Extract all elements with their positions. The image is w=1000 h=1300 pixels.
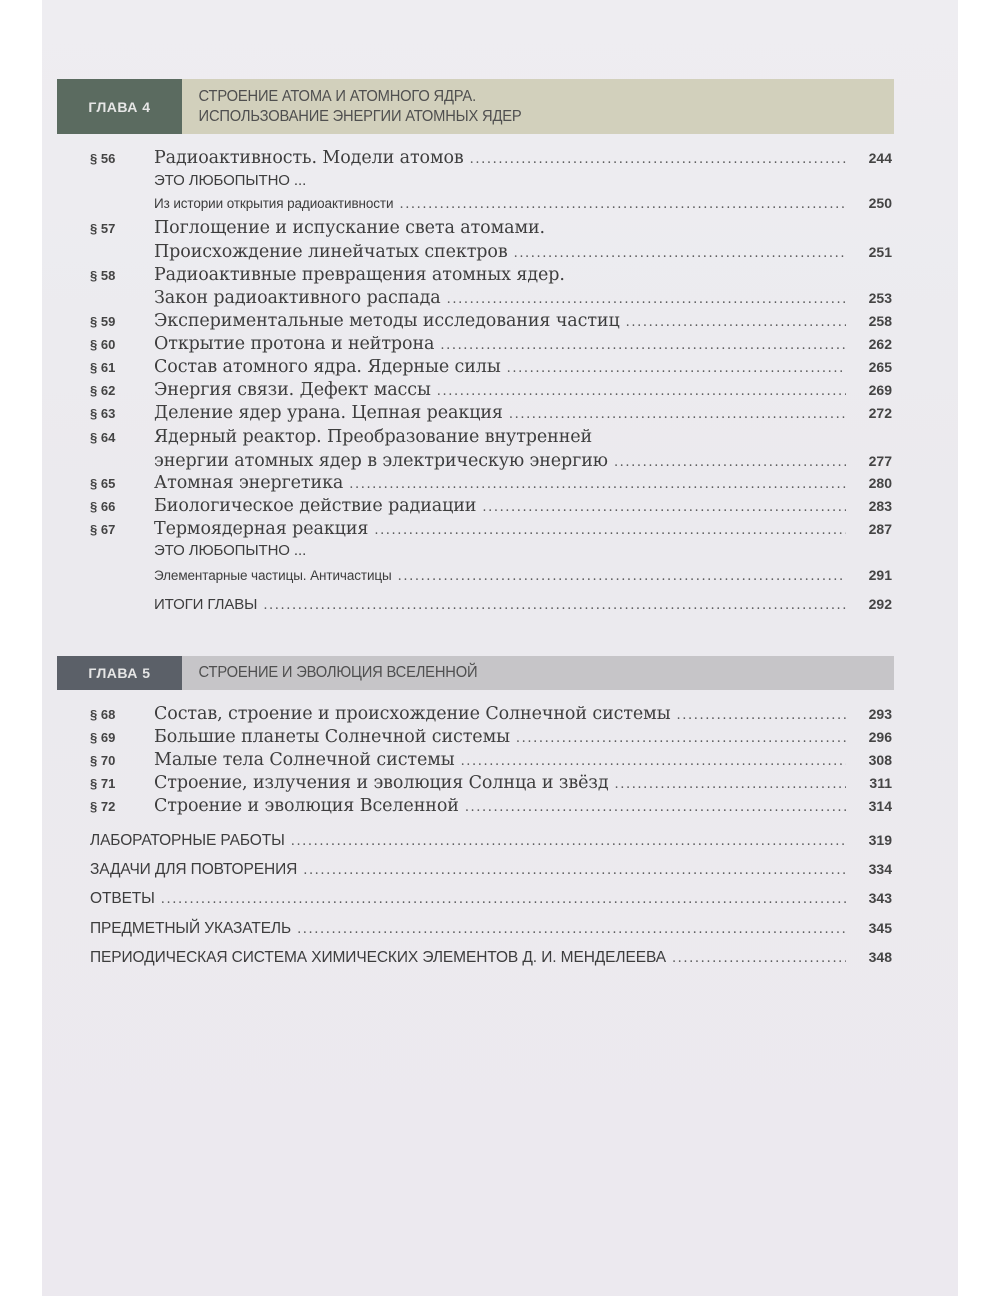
page-number: 293 xyxy=(854,706,892,722)
leader-dots xyxy=(465,800,846,815)
toc-entry[interactable]: энергии атомных ядер в электрическую эне… xyxy=(90,451,892,474)
page-number: 265 xyxy=(854,359,892,375)
entry-title: Строение, излучения и эволюция Солнца и … xyxy=(154,773,609,793)
leader-dots xyxy=(626,315,846,330)
toc-entry[interactable]: Из истории открытия радиоактивности 250 xyxy=(90,195,892,218)
toc-entry[interactable]: Элементарные частицы. Античастицы 291 xyxy=(90,567,892,590)
page-number: 348 xyxy=(854,949,892,965)
entry-title: Состав, строение и происхождение Солнечн… xyxy=(154,704,671,724)
section-number: § 60 xyxy=(90,337,154,352)
entry-title: Открытие протона и нейтрона xyxy=(154,334,434,354)
entry-title: Ядерный реактор. Преобразование внутренн… xyxy=(154,427,592,447)
sidebar-heading: ЭТО ЛЮБОПЫТНО ... xyxy=(154,542,306,559)
page-number: 343 xyxy=(854,890,892,906)
entry-title: Большие планеты Солнечной системы xyxy=(154,727,510,747)
toc-entry[interactable]: § 64 Ядерный реактор. Преобразование вну… xyxy=(90,427,892,450)
section-number: § 59 xyxy=(90,314,154,329)
chapter-title: СТРОЕНИЕ И ЭВОЛЮЦИЯ ВСЕЛЕННОЙ xyxy=(182,656,837,690)
toc-entry[interactable]: § 63 Деление ядер урана. Цепная реакция … xyxy=(90,403,892,426)
entry-title: энергии атомных ядер в электрическую эне… xyxy=(154,451,608,471)
section-number: § 71 xyxy=(90,776,154,791)
toc-entry[interactable]: § 57 Поглощение и испускание света атома… xyxy=(90,218,892,241)
section-number: § 68 xyxy=(90,707,154,722)
toc-appendix-entry[interactable]: ПРЕДМЕТНЫЙ УКАЗАТЕЛЬ 345 xyxy=(90,920,892,943)
leader-dots xyxy=(677,708,846,723)
chapter-title-line-2: ИСПОЛЬЗОВАНИЕ ЭНЕРГИИ АТОМНЫХ ЯДЕР xyxy=(199,107,837,127)
toc-appendix-entry[interactable]: ЗАДАЧИ ДЛЯ ПОВТОРЕНИЯ 334 xyxy=(90,861,892,884)
entry-title: Энергия связи. Дефект массы xyxy=(154,380,431,400)
leader-dots xyxy=(440,338,846,353)
entry-title: Из истории открытия радиоактивности xyxy=(154,196,393,211)
toc-entry[interactable]: § 58 Радиоактивные превращения атомных я… xyxy=(90,265,892,288)
page-number: 269 xyxy=(854,382,892,398)
leader-dots xyxy=(672,951,846,966)
section-number: § 72 xyxy=(90,799,154,814)
leader-dots xyxy=(297,922,846,937)
toc-entry[interactable]: § 69 Большие планеты Солнечной системы 2… xyxy=(90,727,892,750)
chapter-5-header: ГЛАВА 5 СТРОЕНИЕ И ЭВОЛЮЦИЯ ВСЕЛЕННОЙ xyxy=(57,656,894,690)
leader-dots xyxy=(349,477,846,492)
chapter-title-line-1: СТРОЕНИЕ И ЭВОЛЮЦИЯ ВСЕЛЕННОЙ xyxy=(199,663,837,683)
entry-title: Закон радиоактивного распада xyxy=(154,288,441,308)
leader-dots xyxy=(514,246,846,261)
entry-title: ИТОГИ ГЛАВЫ xyxy=(154,596,257,613)
toc-entry: ЭТО ЛЮБОПЫТНО ... xyxy=(90,542,892,565)
page-number: 283 xyxy=(854,498,892,514)
leader-dots xyxy=(263,598,846,613)
page-number: 277 xyxy=(854,453,892,469)
section-number: § 70 xyxy=(90,753,154,768)
page-number: 250 xyxy=(854,195,892,211)
chapter-title-line-1: СТРОЕНИЕ АТОМА И АТОМНОГО ЯДРА. xyxy=(199,87,837,107)
entry-title: Состав атомного ядра. Ядерные силы xyxy=(154,357,501,377)
chapter-title: СТРОЕНИЕ АТОМА И АТОМНОГО ЯДРА. ИСПОЛЬЗО… xyxy=(182,79,837,134)
leader-dots xyxy=(447,292,846,307)
page-number: 311 xyxy=(854,775,892,791)
toc-entry[interactable]: § 59 Экспериментальные методы исследован… xyxy=(90,311,892,334)
page-number: 272 xyxy=(854,405,892,421)
leader-dots xyxy=(437,384,846,399)
leader-dots xyxy=(507,361,846,376)
leader-dots xyxy=(509,407,846,422)
entry-title: ПЕРИОДИЧЕСКАЯ СИСТЕМА ХИМИЧЕСКИХ ЭЛЕМЕНТ… xyxy=(90,949,666,967)
leader-dots xyxy=(398,569,846,584)
leader-dots xyxy=(303,863,846,878)
chapter-4-header: ГЛАВА 4 СТРОЕНИЕ АТОМА И АТОМНОГО ЯДРА. … xyxy=(57,79,894,134)
entry-title: Экспериментальные методы исследования ча… xyxy=(154,311,620,331)
leader-dots xyxy=(516,731,846,746)
toc-entry[interactable]: § 67 Термоядерная реакция 287 xyxy=(90,519,892,542)
leader-dots xyxy=(470,152,846,167)
toc-entry[interactable]: § 71 Строение, излучения и эволюция Солн… xyxy=(90,773,892,796)
page-number: 308 xyxy=(854,752,892,768)
leader-dots xyxy=(399,197,846,212)
section-number: § 65 xyxy=(90,476,154,491)
sidebar-heading: ЭТО ЛЮБОПЫТНО ... xyxy=(154,172,306,189)
page-number: 287 xyxy=(854,521,892,537)
page-number: 314 xyxy=(854,798,892,814)
toc-entry[interactable]: § 62 Энергия связи. Дефект массы 269 xyxy=(90,380,892,403)
toc-entry[interactable]: ИТОГИ ГЛАВЫ 292 xyxy=(90,596,892,619)
toc-appendix-entry[interactable]: ЛАБОРАТОРНЫЕ РАБОТЫ 319 xyxy=(90,832,892,855)
entry-title: Малые тела Солнечной системы xyxy=(154,750,455,770)
page-number: 258 xyxy=(854,313,892,329)
toc-entry[interactable]: § 72 Строение и эволюция Вселенной 314 xyxy=(90,796,892,819)
entry-title: ОТВЕТЫ xyxy=(90,890,155,908)
page-number: 244 xyxy=(854,150,892,166)
leader-dots xyxy=(291,834,846,849)
entry-title: ЛАБОРАТОРНЫЕ РАБОТЫ xyxy=(90,832,285,850)
entry-title: Радиоактивность. Модели атомов xyxy=(154,148,464,168)
entry-title: Биологическое действие радиации xyxy=(154,496,476,516)
page-number: 334 xyxy=(854,861,892,877)
section-number: § 63 xyxy=(90,406,154,421)
page-number: 280 xyxy=(854,475,892,491)
entry-title: Атомная энергетика xyxy=(154,473,343,493)
entry-title: Термоядерная реакция xyxy=(154,519,368,539)
toc-entry[interactable]: § 68 Состав, строение и происхождение Со… xyxy=(90,704,892,727)
toc-entry[interactable]: § 65 Атомная энергетика 280 xyxy=(90,473,892,496)
entry-title: Строение и эволюция Вселенной xyxy=(154,796,459,816)
section-number: § 69 xyxy=(90,730,154,745)
toc-entry[interactable]: § 70 Малые тела Солнечной системы 308 xyxy=(90,750,892,773)
leader-dots xyxy=(482,500,846,515)
page-number: 345 xyxy=(854,920,892,936)
section-number: § 56 xyxy=(90,151,154,166)
page-number: 292 xyxy=(854,596,892,612)
entry-title: Элементарные частицы. Античастицы xyxy=(154,568,392,583)
leader-dots xyxy=(374,523,846,538)
page-number: 291 xyxy=(854,567,892,583)
page-number: 319 xyxy=(854,832,892,848)
section-number: § 67 xyxy=(90,522,154,537)
entry-title: ПРЕДМЕТНЫЙ УКАЗАТЕЛЬ xyxy=(90,920,291,938)
entry-title: ЗАДАЧИ ДЛЯ ПОВТОРЕНИЯ xyxy=(90,861,297,879)
chapter-label: ГЛАВА 4 xyxy=(57,79,182,134)
page-number: 296 xyxy=(854,729,892,745)
leader-dots xyxy=(461,754,846,769)
section-number: § 58 xyxy=(90,268,154,283)
toc-appendix-entry[interactable]: ПЕРИОДИЧЕСКАЯ СИСТЕМА ХИМИЧЕСКИХ ЭЛЕМЕНТ… xyxy=(90,949,892,972)
leader-dots xyxy=(615,777,847,792)
entry-title: Поглощение и испускание света атомами. xyxy=(154,218,545,238)
entry-title: Деление ядер урана. Цепная реакция xyxy=(154,403,503,423)
page-number: 251 xyxy=(854,244,892,260)
toc-entry[interactable]: § 60 Открытие протона и нейтрона 262 xyxy=(90,334,892,357)
chapter-label: ГЛАВА 5 xyxy=(57,656,182,690)
page-number: 262 xyxy=(854,336,892,352)
leader-dots xyxy=(161,892,846,907)
toc-appendix-entry[interactable]: ОТВЕТЫ 343 xyxy=(90,890,892,913)
section-number: § 62 xyxy=(90,383,154,398)
section-number: § 64 xyxy=(90,430,154,445)
toc-entry[interactable]: Закон радиоактивного распада 253 xyxy=(90,288,892,311)
toc-entry[interactable]: § 66 Биологическое действие радиации 283 xyxy=(90,496,892,519)
entry-title: Происхождение линейчатых спектров xyxy=(154,242,508,262)
section-number: § 61 xyxy=(90,360,154,375)
leader-dots xyxy=(614,455,846,470)
toc-entry[interactable]: Происхождение линейчатых спектров 251 xyxy=(90,242,892,265)
toc-entry[interactable]: § 56 Радиоактивность. Модели атомов 244 xyxy=(90,148,892,171)
page-number: 253 xyxy=(854,290,892,306)
section-number: § 66 xyxy=(90,499,154,514)
entry-title: Радиоактивные превращения атомных ядер. xyxy=(154,265,565,285)
toc-entry[interactable]: § 61 Состав атомного ядра. Ядерные силы … xyxy=(90,357,892,380)
section-number: § 57 xyxy=(90,221,154,236)
toc-entry: ЭТО ЛЮБОПЫТНО ... xyxy=(90,172,892,195)
